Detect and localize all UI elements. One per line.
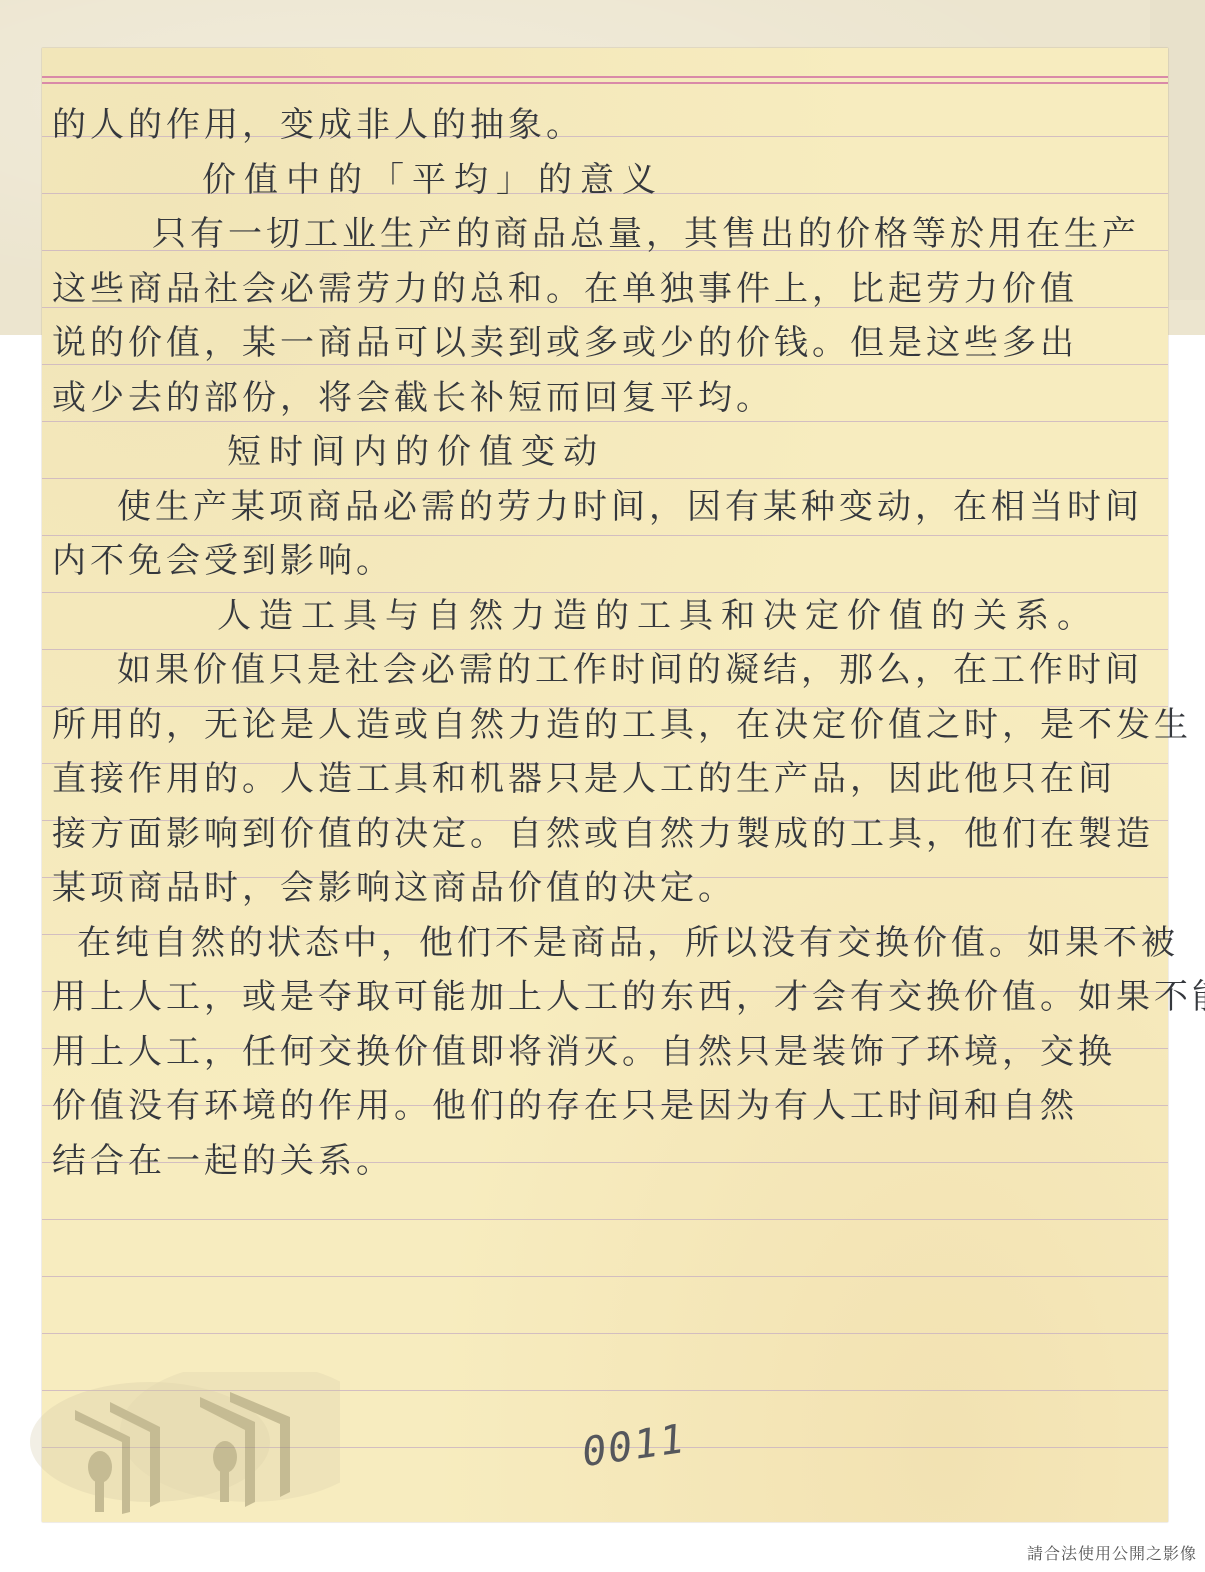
text-line: 使生产某项商品必需的劳力时间，因有某种变动，在相当时间 [42,482,1168,532]
ruled-line [42,1333,1168,1334]
section-heading: 人造工具与自然力造的工具和决定价值的关系。 [42,591,1168,641]
ruled-line [42,478,1168,479]
text-line: 用上人工，任何交换价值即将消灭。自然只是装饰了环境，交换 [42,1027,1168,1077]
text-line: 结合在一起的关系。 [42,1136,1168,1186]
text-line: 直接作用的。人造工具和机器只是人工的生产品，因此他只在间 [42,754,1168,804]
page-number: 0011 [579,1416,689,1476]
text-line: 价值没有环境的作用。他们的存在只是因为有人工时间和自然 [42,1081,1168,1131]
text-line: 接方面影响到价值的决定。自然或自然力製成的工具，他们在製造 [42,809,1168,859]
section-heading: 价值中的「平均」的意义 [42,155,1168,205]
text-line: 或少去的部份，将会截长补短而回复平均。 [42,373,1168,423]
ruled-line [42,1276,1168,1277]
text-line: 某项商品时，会影响这商品价值的决定。 [42,863,1168,913]
text-line: 如果价值只是社会必需的工作时间的凝结，那么，在工作时间 [42,645,1168,695]
text-line: 用上人工，或是夺取可能加上人工的东西，才会有交换价值。如果不能 [42,972,1168,1022]
text-line: 所用的，无论是人造或自然力造的工具，在决定价值之时，是不发生 [42,700,1168,750]
archive-watermark-logo [0,1372,340,1532]
ruled-line [42,1219,1168,1220]
manuscript-page: 的人的作用，变成非人的抽象。价值中的「平均」的意义只有一切工业生产的商品总量，其… [42,48,1168,1522]
text-line: 内不免会受到影响。 [42,536,1168,586]
margin-rule-top [42,76,1168,78]
text-line: 这些商品社会必需劳力的总和。在单独事件上，比起劳力价值 [42,264,1168,314]
text-line: 在纯自然的状态中，他们不是商品，所以没有交换价值。如果不被 [42,918,1168,968]
margin-rule-bottom [42,82,1168,84]
usage-notice: 請合法使用公開之影像 [1027,1541,1197,1564]
text-line: 的人的作用，变成非人的抽象。 [42,100,1168,150]
section-heading: 短时间内的价值变动 [42,427,1168,477]
text-line: 说的价值，某一商品可以卖到或多或少的价钱。但是这些多出 [42,318,1168,368]
text-line: 只有一切工业生产的商品总量，其售出的价格等於用在生产 [42,209,1168,259]
